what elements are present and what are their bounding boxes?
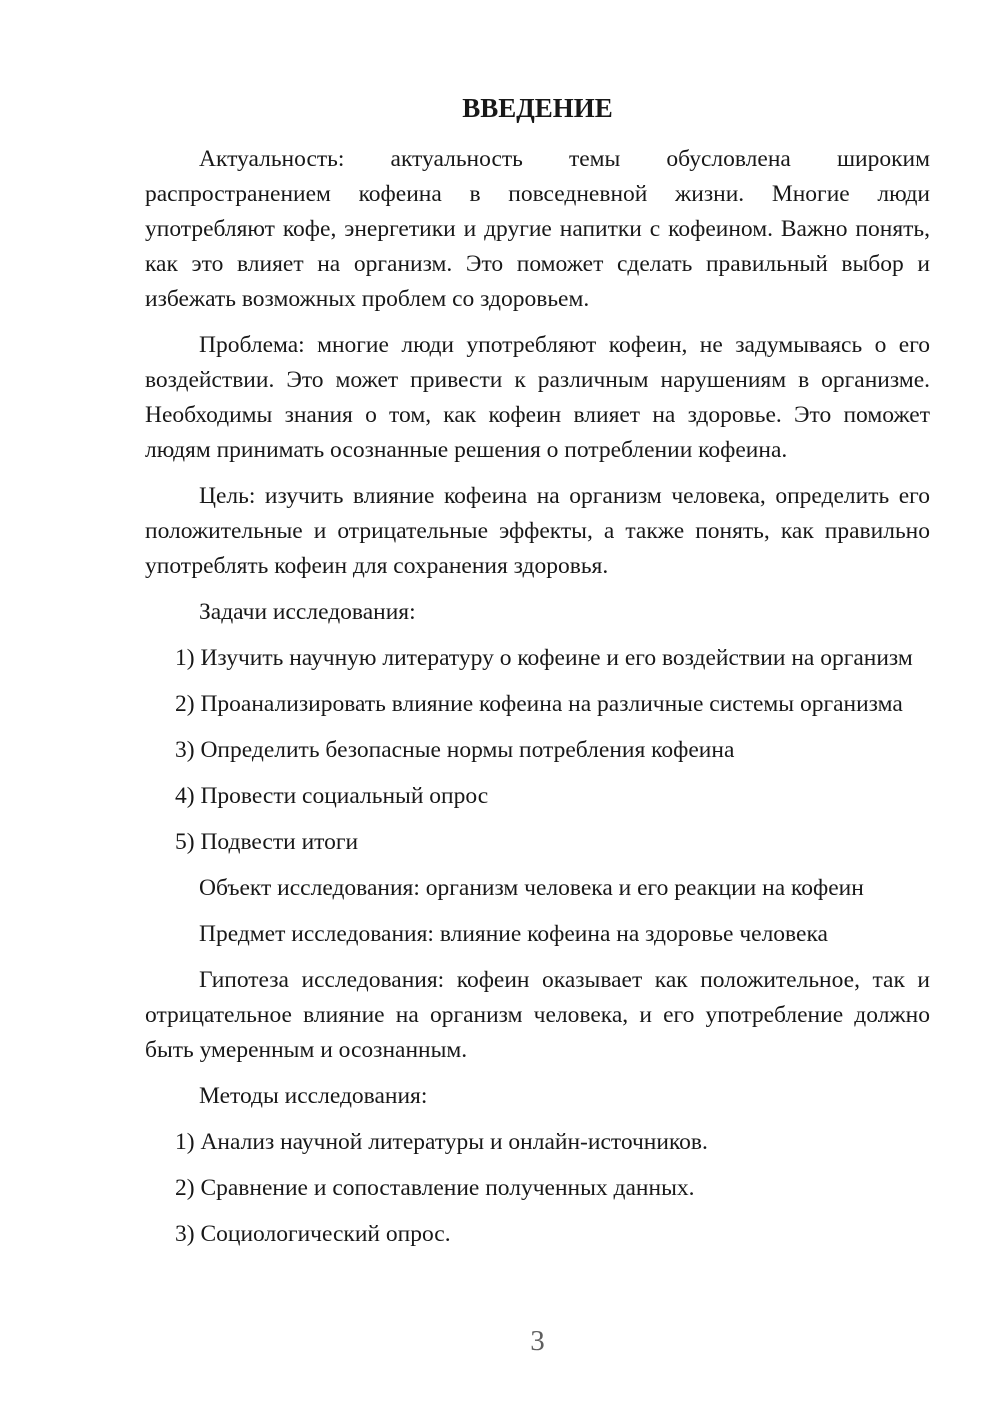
method-item-3: 3) Социологический опрос. bbox=[145, 1217, 930, 1252]
paragraph-hypothesis: Гипотеза исследования: кофеин оказывает … bbox=[145, 963, 930, 1068]
paragraph-research-object: Объект исследования: организм человека и… bbox=[145, 871, 930, 906]
page-number: 3 bbox=[145, 1324, 930, 1359]
task-item-3: 3) Определить безопасные нормы потреблен… bbox=[145, 733, 930, 768]
tasks-heading: Задачи исследования: bbox=[145, 595, 930, 630]
method-item-1: 1) Анализ научной литературы и онлайн-ис… bbox=[145, 1125, 930, 1160]
page-title: ВВЕДЕНИЕ bbox=[145, 91, 930, 125]
paragraph-actuality: Актуальность: актуальность темы обусловл… bbox=[145, 142, 930, 317]
paragraph-problem: Проблема: многие люди употребляют кофеин… bbox=[145, 328, 930, 468]
task-item-2: 2) Проанализировать влияние кофеина на р… bbox=[145, 687, 930, 722]
document-page: ВВЕДЕНИЕ Актуальность: актуальность темы… bbox=[0, 0, 1000, 1414]
task-item-4: 4) Провести социальный опрос bbox=[145, 779, 930, 814]
paragraph-research-subject: Предмет исследования: влияние кофеина на… bbox=[145, 917, 930, 952]
task-item-5: 5) Подвести итоги bbox=[145, 825, 930, 860]
paragraph-goal: Цель: изучить влияние кофеина на организ… bbox=[145, 479, 930, 584]
methods-heading: Методы исследования: bbox=[145, 1079, 930, 1114]
task-item-1: 1) Изучить научную литературу о кофеине … bbox=[145, 641, 930, 676]
method-item-2: 2) Сравнение и сопоставление полученных … bbox=[145, 1171, 930, 1206]
